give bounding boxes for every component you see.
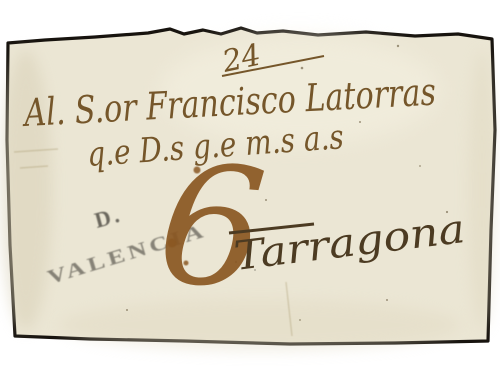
postal-cover-photo: D. VALENCIA q.e D.s g.e m.s a.s Al. S.or… <box>0 0 500 375</box>
paper-speck <box>386 299 388 301</box>
paper-shading-bottom <box>60 299 460 351</box>
ink-blob <box>168 239 177 248</box>
paper-speck <box>359 121 361 123</box>
paper-speck <box>299 319 301 321</box>
rate-marking-6: 6 <box>151 127 272 327</box>
paper-shading-right <box>468 50 496 330</box>
ink-blob <box>194 167 201 174</box>
paper-speck <box>126 309 128 311</box>
paper-speck <box>301 67 304 70</box>
paper-speck <box>397 45 399 47</box>
photo-background: D. VALENCIA q.e D.s g.e m.s a.s Al. S.or… <box>0 0 500 375</box>
ink-blob <box>184 261 189 266</box>
paper-speck <box>419 165 421 167</box>
